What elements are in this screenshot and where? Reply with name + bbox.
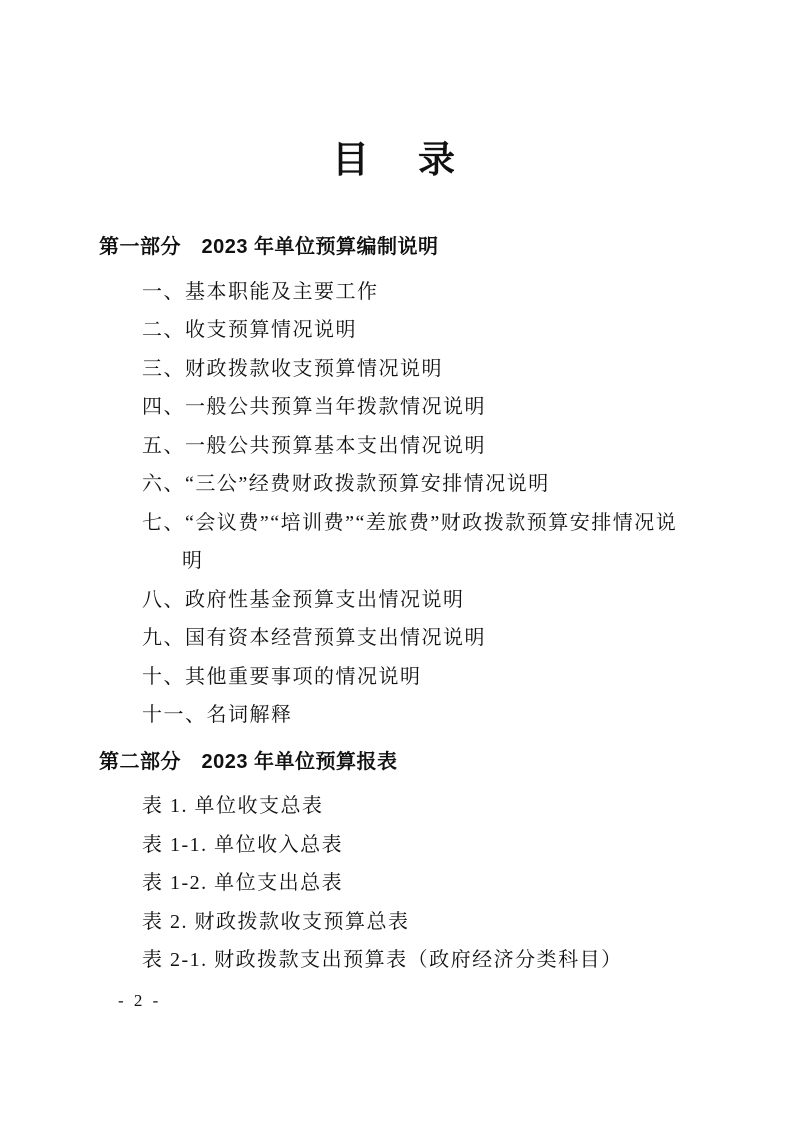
toc-table-item-4: 表 2. 财政拨款收支预算总表 [142,903,695,942]
toc-item-6: 六、“三公”经费财政拨款预算安排情况说明 [142,465,695,504]
toc-item-4: 四、一般公共预算当年拨款情况说明 [142,388,695,427]
toc-item-10: 十、其他重要事项的情况说明 [142,658,695,697]
toc-item-9: 九、国有资本经营预算支出情况说明 [142,619,695,658]
part1-heading: 第一部分 2023 年单位预算编制说明 [99,228,695,267]
page-title: 目 录 [0,0,793,182]
toc-table-item-5: 表 2-1. 财政拨款支出预算表（政府经济分类科目） [142,941,695,980]
toc-item-8: 八、政府性基金预算支出情况说明 [142,581,695,620]
document-page: 目 录 第一部分 2023 年单位预算编制说明 一、基本职能及主要工作 二、收支… [0,0,793,1122]
page-number: - 2 - [118,991,161,1011]
toc-item-7: 七、“会议费”“培训费”“差旅费”财政拨款预算安排情况说明 [142,504,695,581]
toc-table-item-2: 表 1-1. 单位收入总表 [142,826,695,865]
toc-item-11: 十一、名词解释 [142,696,695,735]
toc-table-item-3: 表 1-2. 单位支出总表 [142,864,695,903]
toc-table-item-1: 表 1. 单位收支总表 [142,787,695,826]
toc-item-2: 二、收支预算情况说明 [142,311,695,350]
toc-item-1: 一、基本职能及主要工作 [142,273,695,312]
toc-item-5: 五、一般公共预算基本支出情况说明 [142,427,695,466]
toc-item-3: 三、财政拨款收支预算情况说明 [142,350,695,389]
table-of-contents: 第一部分 2023 年单位预算编制说明 一、基本职能及主要工作 二、收支预算情况… [0,228,793,980]
part2-heading: 第二部分 2023 年单位预算报表 [99,743,695,782]
